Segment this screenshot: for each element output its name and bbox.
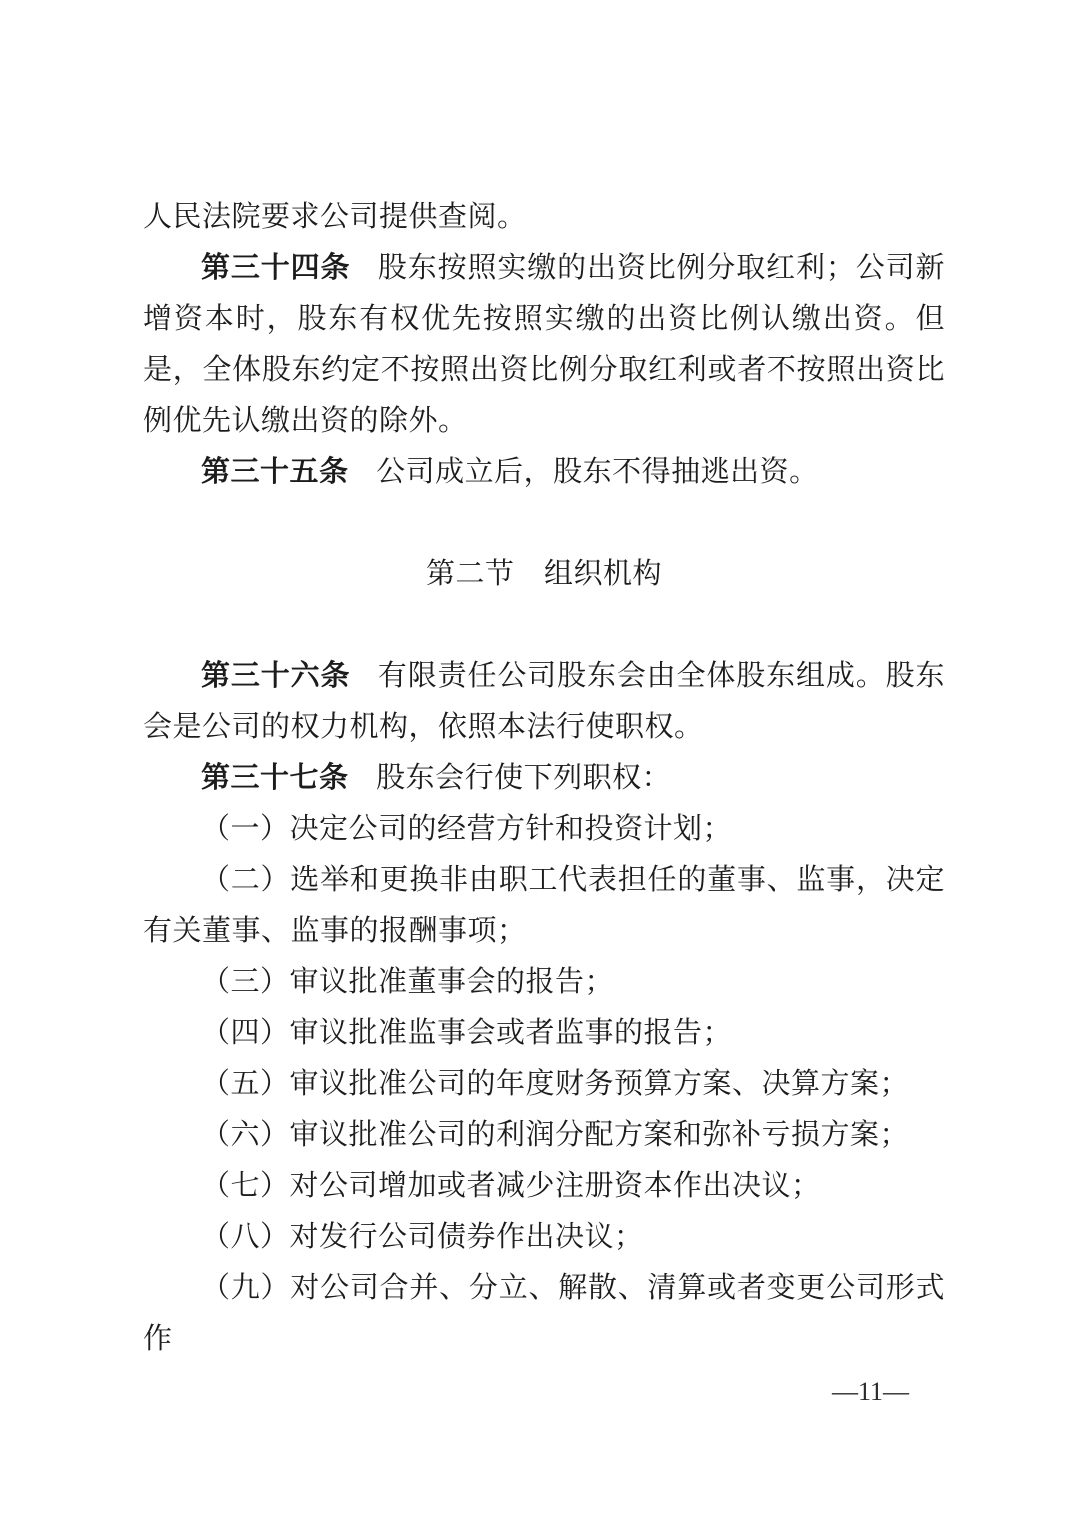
article-number: 第三十五条 — [201, 456, 349, 488]
page-number: —11— — [832, 1377, 909, 1407]
body-paragraph: 人民法院要求公司提供查阅。 — [143, 192, 945, 243]
article-paragraph: 第三十七条股东会行使下列职权： — [143, 753, 945, 804]
article-number: 第三十七条 — [201, 762, 349, 794]
list-item-paragraph: （五）审议批准公司的年度财务预算方案、决算方案； — [143, 1059, 945, 1110]
document-content: 人民法院要求公司提供查阅。第三十四条股东按照实缴的出资比例分取红利；公司新增资本… — [143, 192, 945, 1365]
article-number: 第三十六条 — [201, 660, 350, 692]
list-item-paragraph: （一）决定公司的经营方针和投资计划； — [143, 804, 945, 855]
list-item-paragraph: （二）选举和更换非由职工代表担任的董事、监事，决定有关董事、监事的报酬事项； — [143, 855, 945, 957]
list-item-paragraph: （七）对公司增加或者减少注册资本作出决议； — [143, 1161, 945, 1212]
article-text: 公司成立后，股东不得抽逃出资。 — [376, 456, 819, 488]
list-item-paragraph: （九）对公司合并、分立、解散、清算或者变更公司形式作 — [143, 1263, 945, 1365]
list-item-paragraph: （三）审议批准董事会的报告； — [143, 957, 945, 1008]
list-item-paragraph: （六）审议批准公司的利润分配方案和弥补亏损方案； — [143, 1110, 945, 1161]
article-paragraph: 第三十五条公司成立后，股东不得抽逃出资。 — [143, 447, 945, 498]
document-page: 人民法院要求公司提供查阅。第三十四条股东按照实缴的出资比例分取红利；公司新增资本… — [0, 0, 1069, 1515]
article-number: 第三十四条 — [201, 252, 350, 284]
list-item-paragraph: （八）对发行公司债券作出决议； — [143, 1212, 945, 1263]
section-title: 第二节 组织机构 — [143, 549, 945, 600]
article-paragraph: 第三十四条股东按照实缴的出资比例分取红利；公司新增资本时，股东有权优先按照实缴的… — [143, 243, 945, 447]
article-paragraph: 第三十六条有限责任公司股东会由全体股东组成。股东会是公司的权力机构，依照本法行使… — [143, 651, 945, 753]
list-item-paragraph: （四）审议批准监事会或者监事的报告； — [143, 1008, 945, 1059]
article-text: 股东会行使下列职权： — [376, 762, 671, 794]
